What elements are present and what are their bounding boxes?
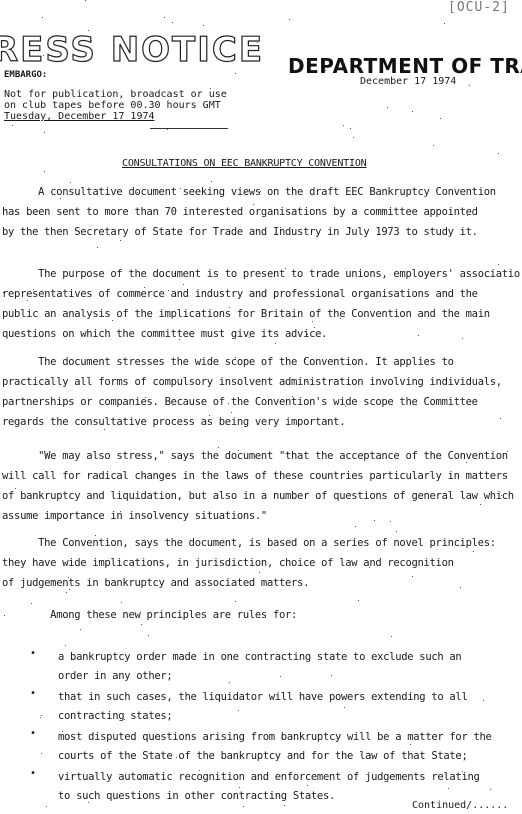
scan-speck [396,531,397,532]
scan-speck [44,132,45,133]
scan-speck [12,125,13,126]
scan-speck [306,381,307,382]
scan-speck [70,182,71,183]
scan-speck [68,577,69,578]
scan-speck [340,318,341,319]
scan-speck [467,215,468,216]
scan-speck [33,289,34,290]
list-item: •most disputed questions arising from ba… [30,728,492,766]
scan-speck [46,806,47,807]
scan-speck [229,307,230,308]
scan-speck [41,753,42,754]
scan-speck [66,592,67,593]
archive-reference-mark: [OCU-2] [448,0,510,15]
scan-speck [390,521,391,522]
scan-speck [97,247,98,248]
scan-speck [345,406,346,407]
scan-speck [235,357,236,358]
scan-speck [139,292,140,293]
paragraph-line: The purpose of the document is to presen… [2,264,520,284]
scan-speck [218,447,219,448]
scan-speck [229,61,230,62]
scan-speck [462,771,463,772]
scan-speck [501,495,502,496]
paragraph-line: questions on which the committee must gi… [2,324,520,344]
department-name: DEPARTMENT OF TRAD [288,54,522,78]
scan-speck [391,636,392,637]
embargo-label: EMBARGO: [4,70,47,80]
press-notice-heading: RESS NOTICE [0,30,264,70]
list-item-line: a bankruptcy order made in one contracti… [30,648,492,667]
scan-speck [412,576,413,577]
scan-speck [239,787,240,788]
scan-speck [500,418,501,419]
scan-speck [235,73,236,74]
paragraph-line: representatives of commerce and industry… [2,284,520,304]
paragraph: "We may also stress," says the document … [2,446,514,526]
scan-speck [418,335,419,336]
scan-speck [141,624,142,625]
scan-speck [382,400,383,401]
paragraph-line: of bankruptcy and liquidation, but also … [2,486,514,506]
scan-speck [121,602,122,603]
scan-speck [343,125,344,126]
scan-speck [60,198,61,199]
scan-speck [18,316,19,317]
scan-speck [65,645,66,646]
scan-speck [124,719,125,720]
scan-speck [343,62,344,63]
scan-speck [15,488,16,489]
continued-marker: Continued/...... [412,800,508,811]
scan-speck [43,55,44,56]
scan-speck [104,429,105,430]
scan-speck [232,189,233,190]
scan-speck [210,88,211,89]
scan-speck [41,715,42,716]
scan-speck [307,334,308,335]
scan-speck [199,770,200,771]
scan-speck [164,17,165,18]
scan-speck [448,788,449,789]
scan-speck [285,268,286,269]
scan-speck [498,264,499,265]
scan-speck [374,520,375,521]
paragraph-line: The document stresses the wide scope of … [2,352,502,372]
scan-speck [238,710,239,711]
paragraph: The document stresses the wide scope of … [2,352,502,432]
scan-speck [235,601,236,602]
scan-speck [387,107,388,108]
scan-speck [255,456,256,457]
scan-speck [183,284,184,285]
scan-speck [473,551,474,552]
paragraph-line: The Convention, says the document, is ba… [2,533,496,553]
scan-speck [203,25,204,26]
scan-speck [249,337,250,338]
scan-speck [211,181,212,182]
scan-speck [120,511,121,512]
paragraph-line: has been sent to more than 70 interested… [2,202,496,222]
scan-speck [120,240,121,241]
paragraph-line: public an analysis of the implications f… [2,304,520,324]
scan-speck [483,700,484,701]
release-date: December 17 1974 [360,76,456,87]
scan-speck [460,587,461,588]
scan-speck [480,504,481,505]
scan-speck [259,572,260,573]
scan-speck [358,600,359,601]
scan-speck [229,682,230,683]
bullet-icon: • [30,768,36,779]
scan-speck [144,476,145,477]
scan-speck [209,415,210,416]
list-item-line: virtually automatic recognition and enfo… [30,768,492,787]
scan-speck [469,85,470,86]
scan-speck [325,70,326,71]
scan-speck [307,785,308,786]
scan-speck [275,343,276,344]
embargo-notice: Not for publication, broadcast or use on… [4,89,227,122]
bullet-icon: • [30,648,36,659]
paragraph-line: regards the consultative process as bein… [2,412,502,432]
scan-speck [245,192,246,193]
scan-speck [139,778,140,779]
scan-speck [243,806,244,807]
scan-speck [444,23,445,24]
bullet-icon: • [30,688,36,699]
scan-speck [344,707,345,708]
scan-speck [148,635,149,636]
scan-speck [466,462,467,463]
embargo-line: Tuesday, December 17 1974 [4,111,227,122]
scan-speck [40,717,41,718]
scan-speck [507,451,508,452]
paragraph-line: they have wide implications, in jurisdic… [2,553,496,573]
scan-speck [62,731,63,732]
scan-speck [231,412,232,413]
scan-speck [168,290,169,291]
paragraph: The Convention, says the document, is ba… [2,533,496,593]
scan-speck [238,450,239,451]
list-item-line: courts of the State of the bankruptcy an… [30,747,492,766]
scan-speck [119,676,120,677]
embargo-underline [150,128,228,129]
scan-speck [433,145,434,146]
paragraph-line: "We may also stress," says the document … [2,446,514,466]
scan-speck [88,30,89,31]
scan-speck [355,526,356,527]
scan-speck [331,675,332,676]
scan-speck [440,118,441,119]
document-title: CONSULTATIONS ON EEC BANKRUPTCY CONVENTI… [122,158,366,169]
scan-speck [490,789,491,790]
scan-speck [281,737,282,738]
paragraph: The purpose of the document is to presen… [2,264,520,344]
scan-speck [159,738,160,739]
scan-speck [91,40,92,41]
paragraph-line: Among these new principles are rules for… [2,605,297,625]
scan-speck [305,359,306,360]
scan-speck [280,676,281,677]
scan-speck [174,273,175,274]
scan-speck [172,22,173,23]
scan-speck [63,361,64,362]
scan-speck [112,320,113,321]
scan-speck [280,227,281,228]
list-item: •that in such cases, the liquidator will… [30,688,492,726]
scan-speck [69,589,70,590]
list-item-line: contracting states; [30,707,492,726]
paragraph-line: will call for radical changes in the law… [2,466,514,486]
paragraph-line: practically all forms of compulsory inso… [2,372,502,392]
principles-list: •a bankruptcy order made in one contract… [30,648,492,808]
scan-speck [410,744,411,745]
scan-speck [176,757,177,758]
list-item-line: that in such cases, the liquidator will … [30,688,492,707]
scan-speck [27,300,28,301]
scan-speck [88,802,89,803]
scan-speck [4,615,5,616]
scan-speck [179,339,180,340]
scan-speck [314,327,315,328]
scan-speck [31,603,32,604]
paragraph-line: by the then Secretary of State for Trade… [2,222,496,242]
paragraph: Among these new principles are rules for… [2,605,297,625]
scan-speck [3,292,4,293]
scan-speck [80,629,81,630]
embargo-line: Not for publication, broadcast or use [4,89,227,100]
scan-speck [369,567,370,568]
scan-speck [498,153,499,154]
scan-speck [144,287,145,288]
scan-speck [228,403,229,404]
paragraph: A consultative document seeking views on… [2,182,496,242]
scan-speck [292,396,293,397]
scan-speck [462,338,463,339]
scan-speck [350,228,351,229]
paragraph-line: of judgements in bankruptcy and associat… [2,573,496,593]
list-item: •a bankruptcy order made in one contract… [30,648,492,686]
paragraph-line: assume importance in insolvency situatio… [2,506,514,526]
scan-speck [350,128,351,129]
scan-speck [260,191,261,192]
scan-speck [180,188,181,189]
scan-speck [167,129,168,130]
scan-speck [353,137,354,138]
scan-speck [262,361,263,362]
paragraph-line: A consultative document seeking views on… [2,182,496,202]
embargo-line: on club tapes before 00.30 hours GMT [4,100,227,111]
scan-speck [95,535,96,536]
scan-speck [44,171,45,172]
scan-speck [85,0,86,1]
scan-speck [253,204,254,205]
scan-speck [145,397,146,398]
bullet-icon: • [30,728,36,739]
list-item-line: most disputed questions arising from ban… [30,728,492,747]
scan-speck [312,321,313,322]
scan-speck [289,19,290,20]
scan-speck [24,335,25,336]
scan-speck [42,17,43,18]
scan-speck [412,111,413,112]
scan-speck [137,192,138,193]
scan-speck [284,805,285,806]
list-item-line: order in any other; [30,667,492,686]
paragraph-line: partnerships or companies. Because of th… [2,392,502,412]
scan-speck [257,42,258,43]
